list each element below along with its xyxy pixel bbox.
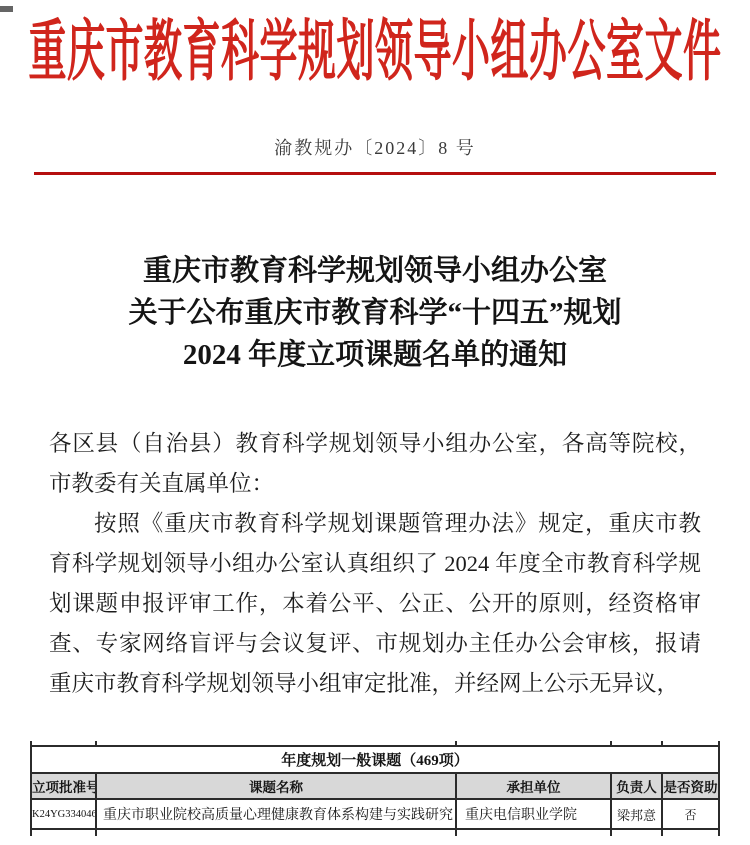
column-header-funded: 是否资助 (662, 773, 719, 799)
cell-undertaking-unit: 重庆电信职业学院 (456, 799, 611, 829)
table-section-title-row: 年度规划一般课题（469项） (31, 746, 719, 773)
table-section-title: 年度规划一般课题（469项） (31, 746, 719, 773)
scan-artifact (0, 6, 13, 12)
letterhead-title: 重庆市教育科学规划领导小组办公室文件 (0, 18, 750, 91)
cell-person-in-charge: 梁邦意 (611, 799, 662, 829)
column-header-project-name: 课题名称 (96, 773, 456, 799)
salutation: 各区县（自治县）教育科学规划领导小组办公室，各高等院校，市教委有关直属单位： (49, 424, 701, 504)
document-number: 渝教规办〔2024〕8 号 (0, 134, 750, 160)
notice-title-line-2: 关于公布重庆市教育科学“十四五”规划 (0, 292, 750, 334)
body-paragraph: 按照《重庆市教育科学规划课题管理办法》规定，重庆市教育科学规划领导小组办公室认真… (49, 504, 701, 704)
notice-body: 各区县（自治县）教育科学规划领导小组办公室，各高等院校，市教委有关直属单位： 按… (49, 424, 701, 704)
table-header-row: 立项批准号 课题名称 承担单位 负责人 是否资助 (31, 773, 719, 799)
notice-title-line-3: 2024 年度立项课题名单的通知 (0, 334, 750, 376)
table-clipped-row-bottom (31, 829, 719, 836)
cell-funded: 否 (662, 799, 719, 829)
column-header-undertaking-unit: 承担单位 (456, 773, 611, 799)
project-table: 年度规划一般课题（469项） 立项批准号 课题名称 承担单位 负责人 是否资助 … (30, 741, 720, 836)
notice-title: 重庆市教育科学规划领导小组办公室 关于公布重庆市教育科学“十四五”规划 2024… (0, 250, 750, 376)
column-header-approval-no: 立项批准号 (31, 773, 96, 799)
cell-approval-no: K24YG3340467 (31, 799, 96, 829)
cell-project-name: 重庆市职业院校高质量心理健康教育体系构建与实践研究 (96, 799, 456, 829)
notice-title-line-1: 重庆市教育科学规划领导小组办公室 (0, 250, 750, 292)
column-header-person-in-charge: 负责人 (611, 773, 662, 799)
document-page: 重庆市教育科学规划领导小组办公室文件 渝教规办〔2024〕8 号 重庆市教育科学… (0, 0, 750, 845)
table-row: K24YG3340467 重庆市职业院校高质量心理健康教育体系构建与实践研究 重… (31, 799, 719, 829)
red-divider-line (34, 172, 716, 175)
